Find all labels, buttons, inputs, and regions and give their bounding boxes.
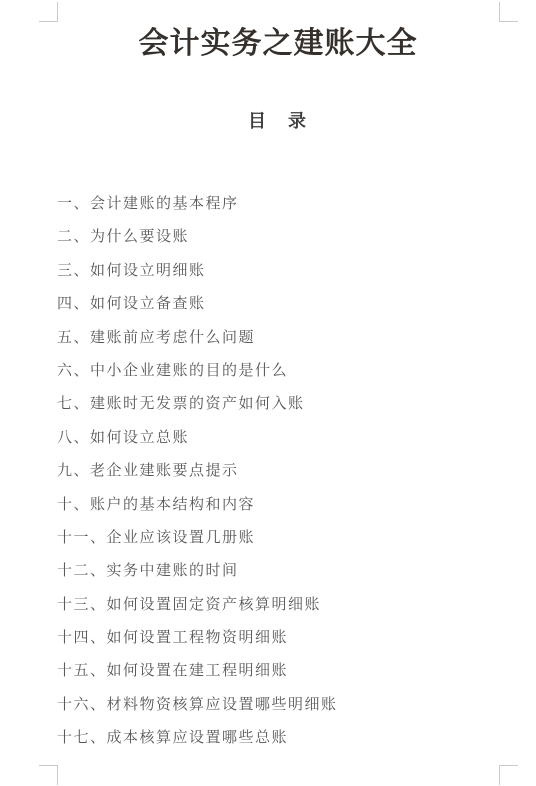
toc-item: 四、如何设立备查账 <box>57 287 499 320</box>
document-page: { "page": { "background_color": "#ffffff… <box>0 0 536 786</box>
toc-item: 十二、实务中建账的时间 <box>57 554 499 587</box>
toc-item: 三、如何设立明细账 <box>57 254 499 287</box>
toc-item: 九、老企业建账要点提示 <box>57 454 499 487</box>
toc-list: 一、会计建账的基本程序二、为什么要设账三、如何设立明细账四、如何设立备查账五、建… <box>57 187 499 755</box>
toc-item: 十四、如何设置工程物资明细账 <box>57 621 499 654</box>
toc-item: 十一、企业应该设置几册账 <box>57 521 499 554</box>
toc-item: 八、如何设立总账 <box>57 421 499 454</box>
toc-item: 五、建账前应考虑什么问题 <box>57 321 499 354</box>
page-canvas: 会计实务之建账大全 目 录 一、会计建账的基本程序二、为什么要设账三、如何设立明… <box>0 0 536 786</box>
toc-item: 二、为什么要设账 <box>57 220 499 253</box>
margin-mark-top-right <box>499 2 518 22</box>
margin-mark-top-left <box>39 2 58 22</box>
toc-item: 十三、如何设置固定资产核算明细账 <box>57 588 499 621</box>
toc-heading: 目 录 <box>57 109 499 133</box>
margin-mark-bottom-right <box>499 765 518 785</box>
toc-item: 七、建账时无发票的资产如何入账 <box>57 387 499 420</box>
toc-item: 十六、材料物资核算应设置哪些明细账 <box>57 688 499 721</box>
toc-item: 十、账户的基本结构和内容 <box>57 488 499 521</box>
toc-item: 十五、如何设置在建工程明细账 <box>57 654 499 687</box>
document-title: 会计实务之建账大全 <box>57 25 499 63</box>
toc-item: 六、中小企业建账的目的是什么 <box>57 354 499 387</box>
toc-item: 一、会计建账的基本程序 <box>57 187 499 220</box>
margin-mark-bottom-left <box>39 765 58 785</box>
page-content: 会计实务之建账大全 目 录 一、会计建账的基本程序二、为什么要设账三、如何设立明… <box>57 0 499 786</box>
toc-item: 十七、成本核算应设置哪些总账 <box>57 721 499 754</box>
